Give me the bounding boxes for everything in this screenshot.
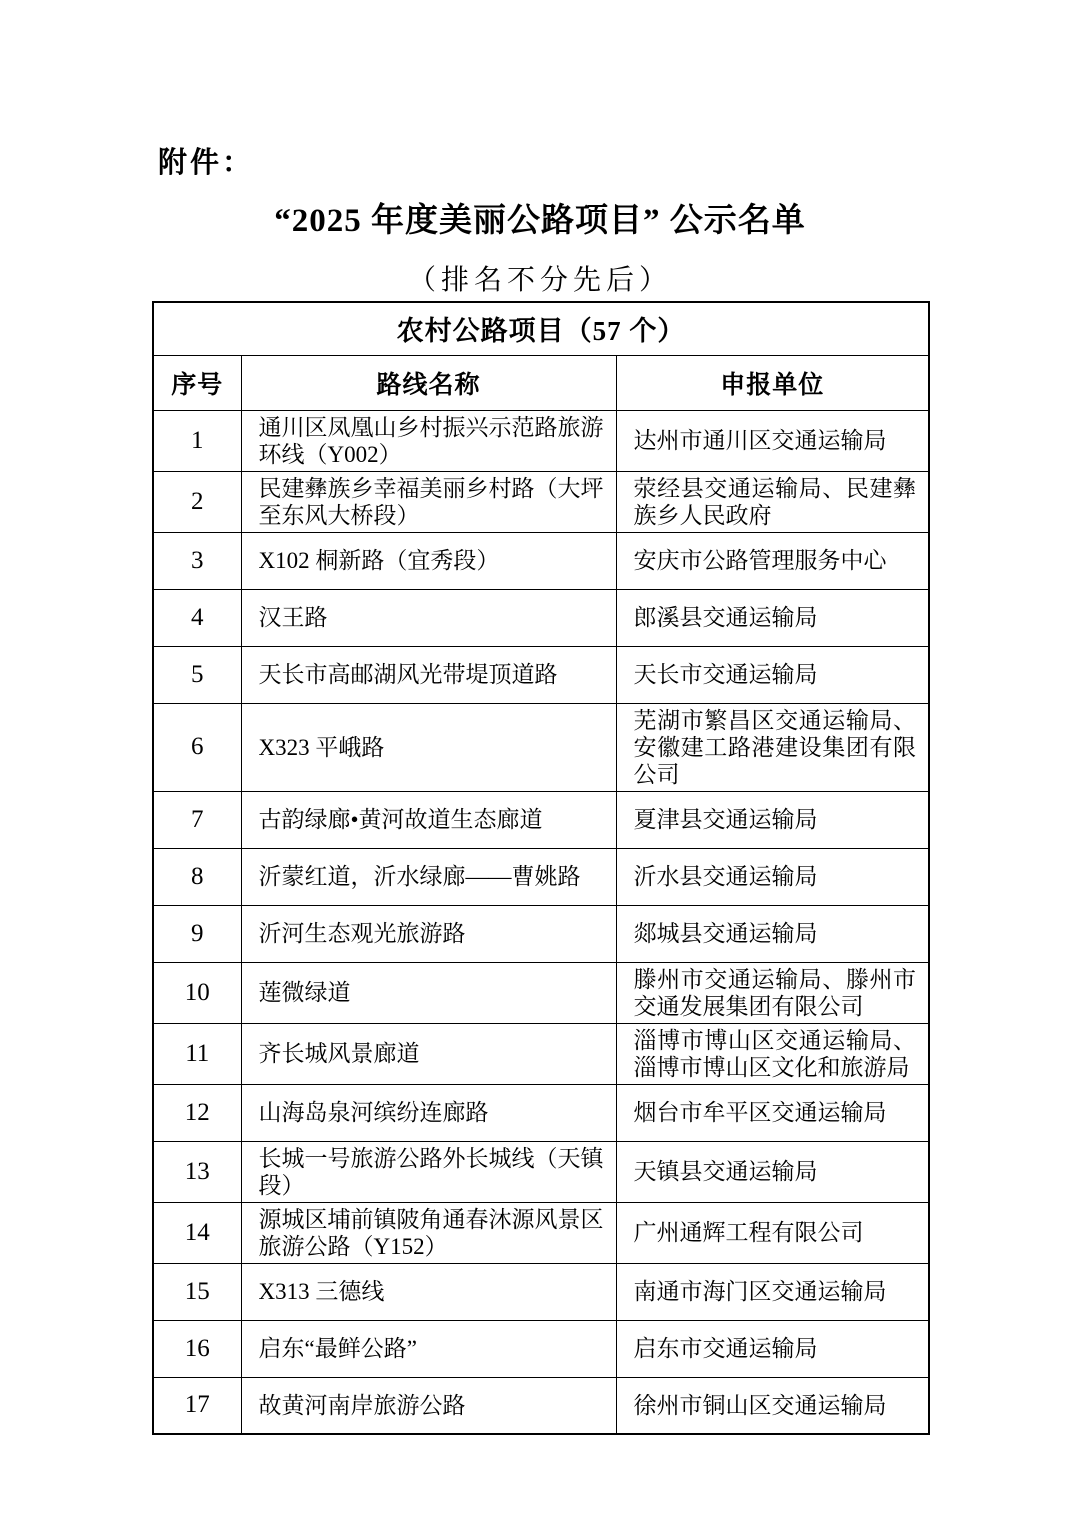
route-name: 通川区凤凰山乡村振兴示范路旅游环线（Y002）: [241, 410, 616, 471]
declaring-unit: 芜湖市繁昌区交通运输局、安徽建工路港建设集团有限公司: [616, 703, 929, 791]
declaring-unit: 沂水县交通运输局: [616, 848, 929, 905]
route-name: 长城一号旅游公路外长城线（天镇段）: [241, 1141, 616, 1202]
declaring-unit: 安庆市公路管理服务中心: [616, 532, 929, 589]
row-number: 6: [153, 703, 241, 791]
column-header-no: 序号: [153, 355, 241, 410]
table-section-title: 农村公路项目（57 个）: [153, 302, 929, 355]
declaring-unit: 启东市交通运输局: [616, 1320, 929, 1377]
route-name: 山海岛泉河缤纷连廊路: [241, 1084, 616, 1141]
route-name: 汉王路: [241, 589, 616, 646]
declaring-unit: 滕州市交通运输局、滕州市交通发展集团有限公司: [616, 962, 929, 1023]
route-name: 莲微绿道: [241, 962, 616, 1023]
declaring-unit: 烟台市牟平区交通运输局: [616, 1084, 929, 1141]
route-name: X102 桐新路（宜秀段）: [241, 532, 616, 589]
row-number: 9: [153, 905, 241, 962]
row-number: 17: [153, 1377, 241, 1434]
table-row: 13 长城一号旅游公路外长城线（天镇段） 天镇县交通运输局: [153, 1141, 929, 1202]
declaring-unit: 徐州市铜山区交通运输局: [616, 1377, 929, 1434]
table-row: 9 沂河生态观光旅游路 郯城县交通运输局: [153, 905, 929, 962]
route-name: 民建彝族乡幸福美丽乡村路（大坪至东风大桥段）: [241, 471, 616, 532]
row-number: 13: [153, 1141, 241, 1202]
declaring-unit: 南通市海门区交通运输局: [616, 1263, 929, 1320]
table-row: 16 启东“最鲜公路” 启东市交通运输局: [153, 1320, 929, 1377]
table-body: 1 通川区凤凰山乡村振兴示范路旅游环线（Y002） 达州市通川区交通运输局 2 …: [153, 410, 929, 1434]
table-row: 6 X323 平峨路 芜湖市繁昌区交通运输局、安徽建工路港建设集团有限公司: [153, 703, 929, 791]
table-row: 17 故黄河南岸旅游公路 徐州市铜山区交通运输局: [153, 1377, 929, 1434]
row-number: 3: [153, 532, 241, 589]
table-row: 1 通川区凤凰山乡村振兴示范路旅游环线（Y002） 达州市通川区交通运输局: [153, 410, 929, 471]
row-number: 16: [153, 1320, 241, 1377]
table-row: 12 山海岛泉河缤纷连廊路 烟台市牟平区交通运输局: [153, 1084, 929, 1141]
declaring-unit: 淄博市博山区交通运输局、淄博市博山区文化和旅游局: [616, 1023, 929, 1084]
column-header-unit: 申报单位: [616, 355, 929, 410]
page-subtitle: （排名不分先后）: [0, 258, 1080, 298]
row-number: 11: [153, 1023, 241, 1084]
page-title: “2025 年度美丽公路项目” 公示名单: [0, 194, 1080, 241]
declaring-unit: 广州通辉工程有限公司: [616, 1202, 929, 1263]
table-row: 2 民建彝族乡幸福美丽乡村路（大坪至东风大桥段） 荥经县交通运输局、民建彝族乡人…: [153, 471, 929, 532]
route-name: 古韵绿廊•黄河故道生态廊道: [241, 791, 616, 848]
row-number: 10: [153, 962, 241, 1023]
attachment-label: 附件：: [158, 140, 254, 181]
document-page: 附件： “2025 年度美丽公路项目” 公示名单 （排名不分先后） 农村公路项目…: [0, 0, 1080, 1527]
route-name: 天长市高邮湖风光带堤顶道路: [241, 646, 616, 703]
route-name: 齐长城风景廊道: [241, 1023, 616, 1084]
table-row: 8 沂蒙红道，沂水绿廊——曹姚路 沂水县交通运输局: [153, 848, 929, 905]
table-row: 10 莲微绿道 滕州市交通运输局、滕州市交通发展集团有限公司: [153, 962, 929, 1023]
route-name: 沂河生态观光旅游路: [241, 905, 616, 962]
table-header-row: 序号 路线名称 申报单位: [153, 355, 929, 410]
declaring-unit: 达州市通川区交通运输局: [616, 410, 929, 471]
route-name: 源城区埔前镇陂角通春沐源风景区旅游公路（Y152）: [241, 1202, 616, 1263]
projects-table: 农村公路项目（57 个） 序号 路线名称 申报单位 1 通川区凤凰山乡村振兴示范…: [152, 301, 930, 1435]
table-row: 3 X102 桐新路（宜秀段） 安庆市公路管理服务中心: [153, 532, 929, 589]
declaring-unit: 天长市交通运输局: [616, 646, 929, 703]
row-number: 8: [153, 848, 241, 905]
route-name: 沂蒙红道，沂水绿廊——曹姚路: [241, 848, 616, 905]
table-row: 14 源城区埔前镇陂角通春沐源风景区旅游公路（Y152） 广州通辉工程有限公司: [153, 1202, 929, 1263]
declaring-unit: 郎溪县交通运输局: [616, 589, 929, 646]
route-name: X313 三德线: [241, 1263, 616, 1320]
row-number: 2: [153, 471, 241, 532]
column-header-route: 路线名称: [241, 355, 616, 410]
table-row: 4 汉王路 郎溪县交通运输局: [153, 589, 929, 646]
table-row: 5 天长市高邮湖风光带堤顶道路 天长市交通运输局: [153, 646, 929, 703]
table-row: 7 古韵绿廊•黄河故道生态廊道 夏津县交通运输局: [153, 791, 929, 848]
declaring-unit: 郯城县交通运输局: [616, 905, 929, 962]
declaring-unit: 夏津县交通运输局: [616, 791, 929, 848]
table-row: 11 齐长城风景廊道 淄博市博山区交通运输局、淄博市博山区文化和旅游局: [153, 1023, 929, 1084]
declaring-unit: 荥经县交通运输局、民建彝族乡人民政府: [616, 471, 929, 532]
route-name: 故黄河南岸旅游公路: [241, 1377, 616, 1434]
route-name: 启东“最鲜公路”: [241, 1320, 616, 1377]
route-name: X323 平峨路: [241, 703, 616, 791]
row-number: 4: [153, 589, 241, 646]
row-number: 12: [153, 1084, 241, 1141]
row-number: 7: [153, 791, 241, 848]
row-number: 5: [153, 646, 241, 703]
row-number: 14: [153, 1202, 241, 1263]
row-number: 1: [153, 410, 241, 471]
table-section-title-row: 农村公路项目（57 个）: [153, 302, 929, 355]
row-number: 15: [153, 1263, 241, 1320]
table-row: 15 X313 三德线 南通市海门区交通运输局: [153, 1263, 929, 1320]
declaring-unit: 天镇县交通运输局: [616, 1141, 929, 1202]
